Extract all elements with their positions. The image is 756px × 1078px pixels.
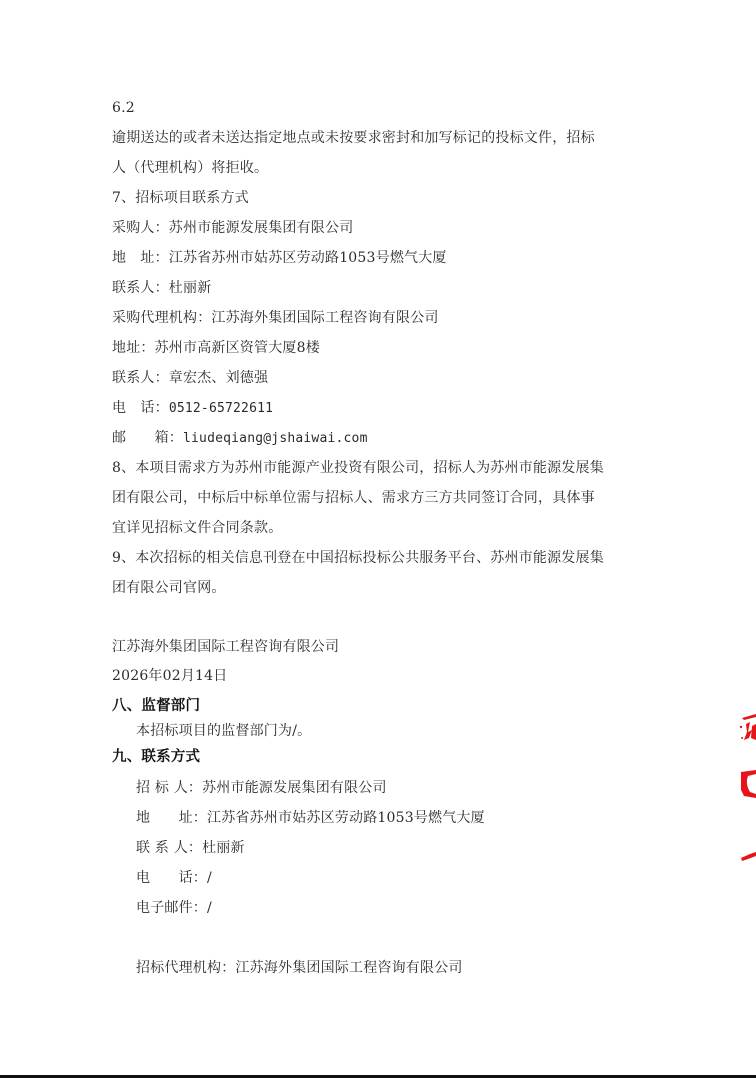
email-value: liudeqiang@jshaiwai.com [183, 431, 368, 446]
purchaser-line: 采购人：苏州市能源发展集团有限公司 [112, 219, 353, 237]
section-9-line1: 9、本次招标的相关信息刊登在中国招标投标公共服务平台、苏州市能源发展集 [112, 549, 604, 567]
agency-contact-line: 联系人：章宏杰、刘德强 [112, 369, 268, 387]
contact-heading: 九、联系方式 [112, 748, 200, 766]
agency-email-line: 邮 箱：liudeqiang@jshaiwai.com [112, 429, 368, 448]
agency-address-line: 地址：苏州市高新区资管大厦8楼 [112, 339, 320, 357]
signature-organization: 江苏海外集团国际工程咨询有限公司 [112, 638, 339, 656]
supervision-heading: 八、监督部门 [112, 697, 200, 715]
section-6-2-text-line1: 逾期送达的或者未送达指定地点或未按要求密封和加写标记的投标文件，招标 [112, 129, 595, 147]
email-label: 邮 箱： [112, 430, 183, 446]
contact-person: 联 系 人：杜丽新 [136, 839, 245, 857]
phone-label: 电 话： [112, 400, 169, 416]
section-6-2-text-line2: 人（代理机构）将拒收。 [112, 159, 268, 177]
section-8-line1: 8、本项目需求方为苏州市能源产业投资有限公司，招标人为苏州市能源发展集 [112, 459, 604, 477]
contact-phone: 电 话：/ [136, 869, 212, 887]
phone-value: 0512-65722611 [169, 401, 273, 416]
purchaser-contact-line: 联系人：杜丽新 [112, 279, 211, 297]
contact-tenderer: 招 标 人：苏州市能源发展集团有限公司 [136, 779, 387, 797]
agency-phone-line: 电 话：0512-65722611 [112, 399, 273, 418]
section-number-6-2: 6.2 [112, 99, 135, 117]
contact-email: 电子邮件：/ [136, 899, 212, 917]
document-page: 6.2 逾期送达的或者未送达指定地点或未按要求密封和加写标记的投标文件，招标 人… [0, 0, 756, 1078]
agency-line: 采购代理机构：江苏海外集团国际工程咨询有限公司 [112, 309, 439, 327]
signature-date: 2026年02月14日 [112, 667, 227, 685]
contact-agency: 招标代理机构：江苏海外集团国际工程咨询有限公司 [136, 959, 463, 977]
official-seal-fragment-icon [736, 710, 756, 870]
section-7-title: 7、招标项目联系方式 [112, 189, 249, 207]
supervision-text: 本招标项目的监督部门为/。 [136, 722, 311, 740]
contact-address: 地 址：江苏省苏州市姑苏区劳动路1053号燃气大厦 [136, 809, 485, 827]
section-8-line3: 宜详见招标文件合同条款。 [112, 519, 282, 537]
section-8-line2: 团有限公司，中标后中标单位需与招标人、需求方三方共同签订合同，具体事 [112, 489, 595, 507]
section-9-line2: 团有限公司官网。 [112, 579, 226, 597]
purchaser-address-line: 地 址：江苏省苏州市姑苏区劳动路1053号燃气大厦 [112, 249, 447, 267]
